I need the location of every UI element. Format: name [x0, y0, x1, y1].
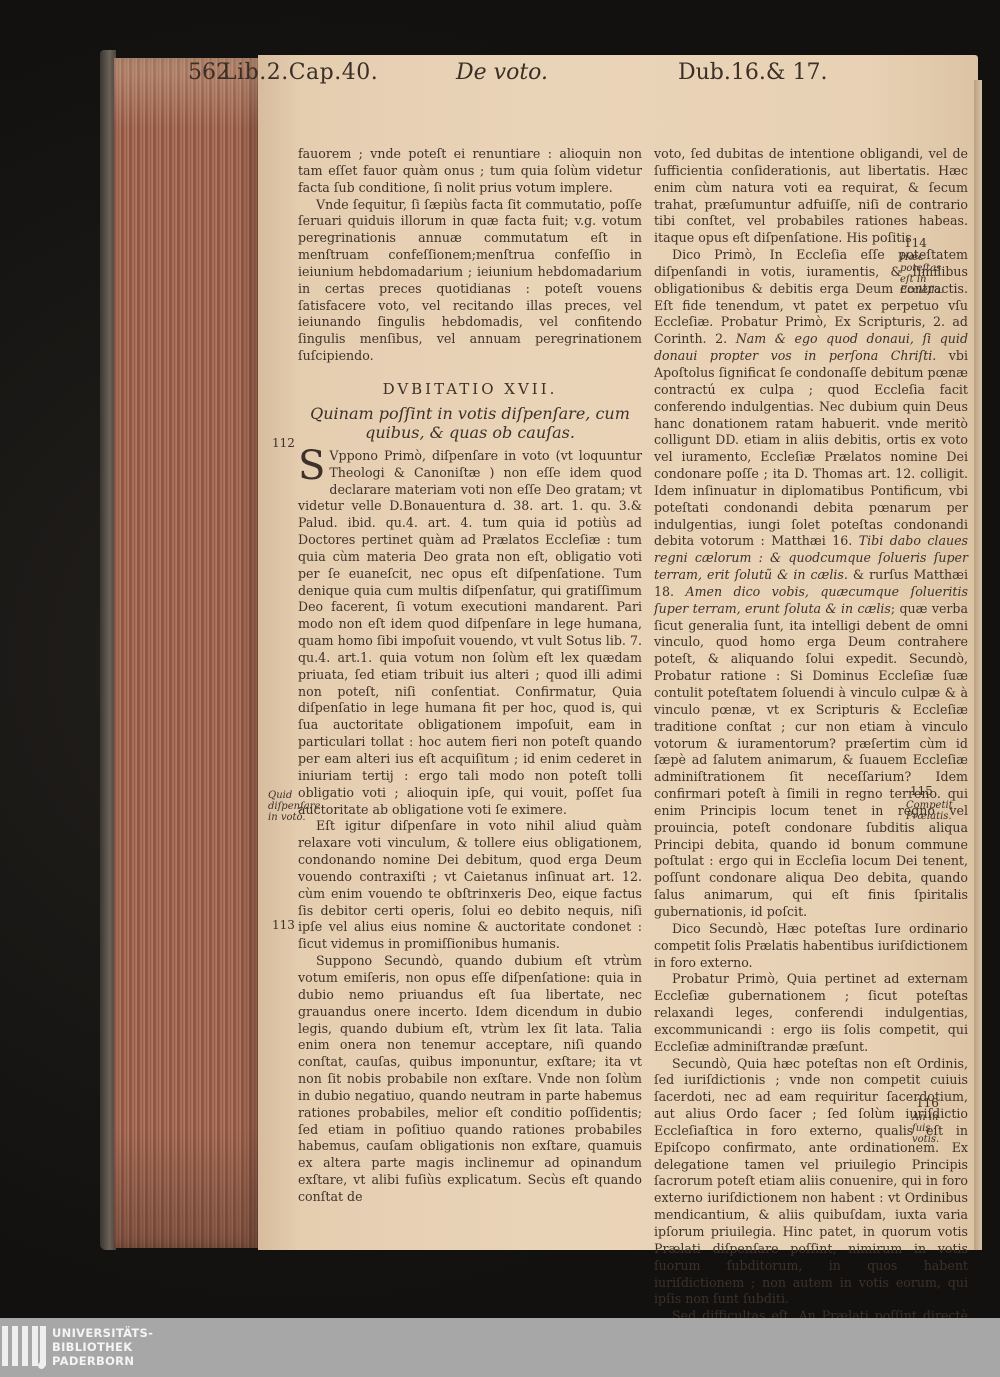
- paragraph: fauorem ; vnde poteſt ei renuntiare : al…: [298, 146, 642, 197]
- margin-note-quid: Quid diſpenſare in voto.: [268, 790, 312, 823]
- paragraph: voto, ſed dubitas de intentione obligand…: [654, 146, 968, 247]
- paragraph: Eſt igitur diſpenſare in voto nihil aliu…: [298, 818, 642, 953]
- paragraph: Vnde ſequitur, ſi ſæpiùs facta ſit commu…: [298, 197, 642, 365]
- logo-line: PADERBORN: [52, 1354, 153, 1368]
- paragraph-112: SVppono Primò, diſpenſare in voto (vt lo…: [298, 448, 642, 819]
- margin-number-112: 112: [272, 436, 295, 450]
- logo-line: UNIVERSITÄTS-: [52, 1326, 153, 1340]
- library-footer: UNIVERSITÄTS- BIBLIOTHEK PADERBORN: [0, 1318, 1000, 1377]
- text: vbi Apoſtolus ſignificat ſe condonaſſe d…: [654, 348, 968, 548]
- paragraph-115: Dico Secundò, Hæc poteſtas Iure ordinari…: [654, 921, 968, 972]
- margin-note-116: An in ſuis votis.: [912, 1112, 952, 1145]
- section-heading: DVBITATIO XVII.: [298, 381, 642, 398]
- margin-number-115: 115: [910, 784, 933, 798]
- next-page-edge: [974, 80, 982, 1250]
- page-edges: [114, 58, 260, 1248]
- margin-number-116: 116: [916, 1096, 939, 1110]
- book-reference: Lib.2.Cap.40.: [222, 60, 378, 85]
- margin-note-114: Hæc poteſtas eſt in Eccleſia.: [900, 252, 946, 296]
- paragraph: Probatur Primò, Quia pertinet ad externa…: [654, 971, 968, 1055]
- right-column: voto, ſed dubitas de intentione obligand…: [654, 146, 968, 1359]
- logo-dot-icon: [38, 1362, 45, 1369]
- paragraph-text: Vppono Primò, diſpenſare in voto (vt loq…: [298, 448, 642, 817]
- margin-number-114: 114: [904, 236, 927, 250]
- paragraph: Secundò, Quia hæc poteſtas non eſt Ordin…: [654, 1056, 968, 1309]
- running-title: De voto.: [456, 60, 548, 85]
- left-column: fauorem ; vnde poteſt ei renuntiare : al…: [298, 146, 642, 1206]
- section-question: Quinam poſſint in votis diſpenſare, cum …: [298, 404, 642, 442]
- drop-cap: S: [298, 450, 325, 482]
- logo-line: BIBLIOTHEK: [52, 1340, 153, 1354]
- margin-note-115: Competit Prælatis.: [906, 800, 956, 822]
- running-header: 562 Lib.2.Cap.40. De voto. Dub.16.& 17.: [188, 60, 708, 90]
- paragraph-113: Suppono Secundò, quando dubium eſt vtrùm…: [298, 953, 642, 1206]
- text: ; quæ verba ſicut generalia ſunt, ita in…: [654, 601, 968, 919]
- dubitatio-reference: Dub.16.& 17.: [678, 60, 827, 85]
- margin-number-113: 113: [272, 918, 295, 932]
- library-name: UNIVERSITÄTS- BIBLIOTHEK PADERBORN: [52, 1326, 153, 1368]
